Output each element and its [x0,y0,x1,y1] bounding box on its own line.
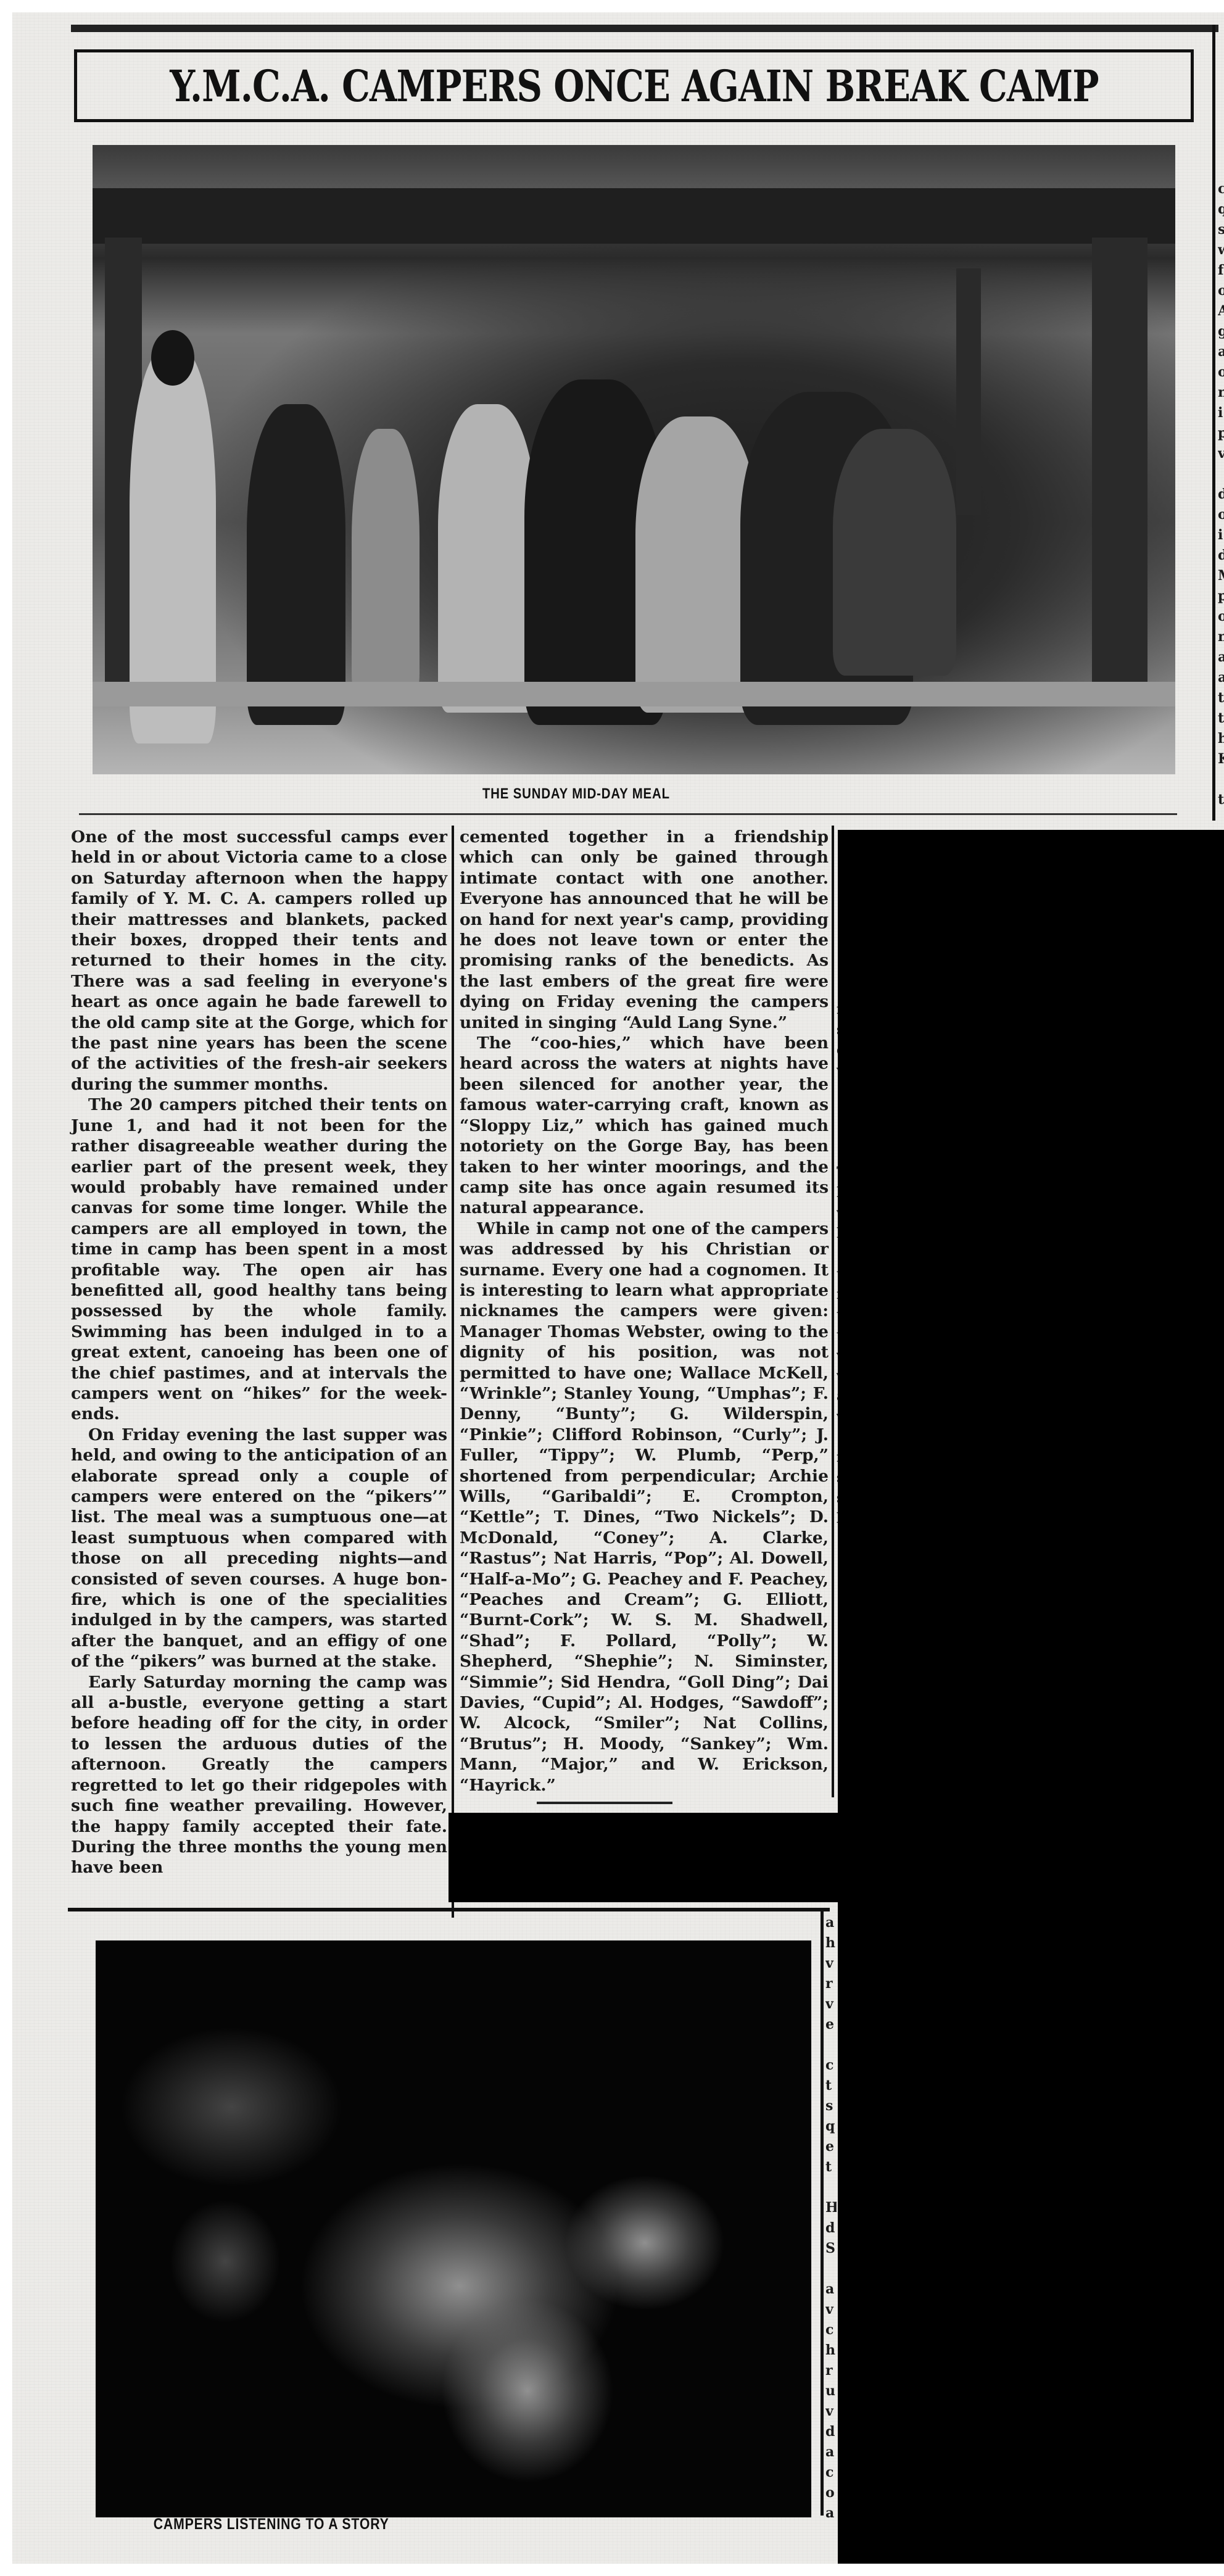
redacted-region [449,1813,868,1902]
column-rule [832,826,834,1797]
end-rule [537,1802,672,1804]
section-rule [79,813,1177,815]
paragraph: The “coo-hies,” which have been heard ac… [460,1033,829,1219]
column-rule [1212,25,1215,821]
photo-sunday-meal [93,145,1175,774]
article-column-2: cemented together in a friendship which … [460,827,829,1795]
column-rule [821,1908,824,2516]
headline: Y.M.C.A. CAMPERS ONCE AGAIN BREAK CAMP [170,60,1098,112]
adjacent-column-fragment: c q s w f o A g a o n i p v d o i d M p … [1218,179,1224,810]
paragraph: On Friday evening the last supper was he… [71,1425,447,1672]
top-rule [71,25,1218,32]
redacted-region [838,830,1224,2564]
paragraph: cemented together in a friendship which … [460,827,829,1033]
headline-box: Y.M.C.A. CAMPERS ONCE AGAIN BREAK CAMP [74,49,1194,122]
section-rule [68,1908,830,1911]
article-column-1: One of the most successful camps ever he… [71,827,447,1878]
paragraph: The 20 campers pitched their tents on Ju… [71,1095,447,1425]
newspaper-page: Y.M.C.A. CAMPERS ONCE AGAIN BREAK CAMP c… [12,12,1224,2564]
photo-caption-story: CAMPERS LISTENING TO A STORY [154,2516,389,2533]
paragraph: While in camp not one of the campers was… [460,1219,829,1795]
paragraph: One of the most successful camps ever he… [71,827,447,1095]
adjacent-column-fragment: a h v r v e c t s q e t H d S a v c h r … [825,1913,837,2524]
photo-campers-story [96,1940,811,2517]
photo-caption-meal: THE SUNDAY MID-DAY MEAL [482,785,670,803]
column-divider [452,826,454,1918]
paragraph: Early Saturday morning the camp was all … [71,1672,447,1878]
